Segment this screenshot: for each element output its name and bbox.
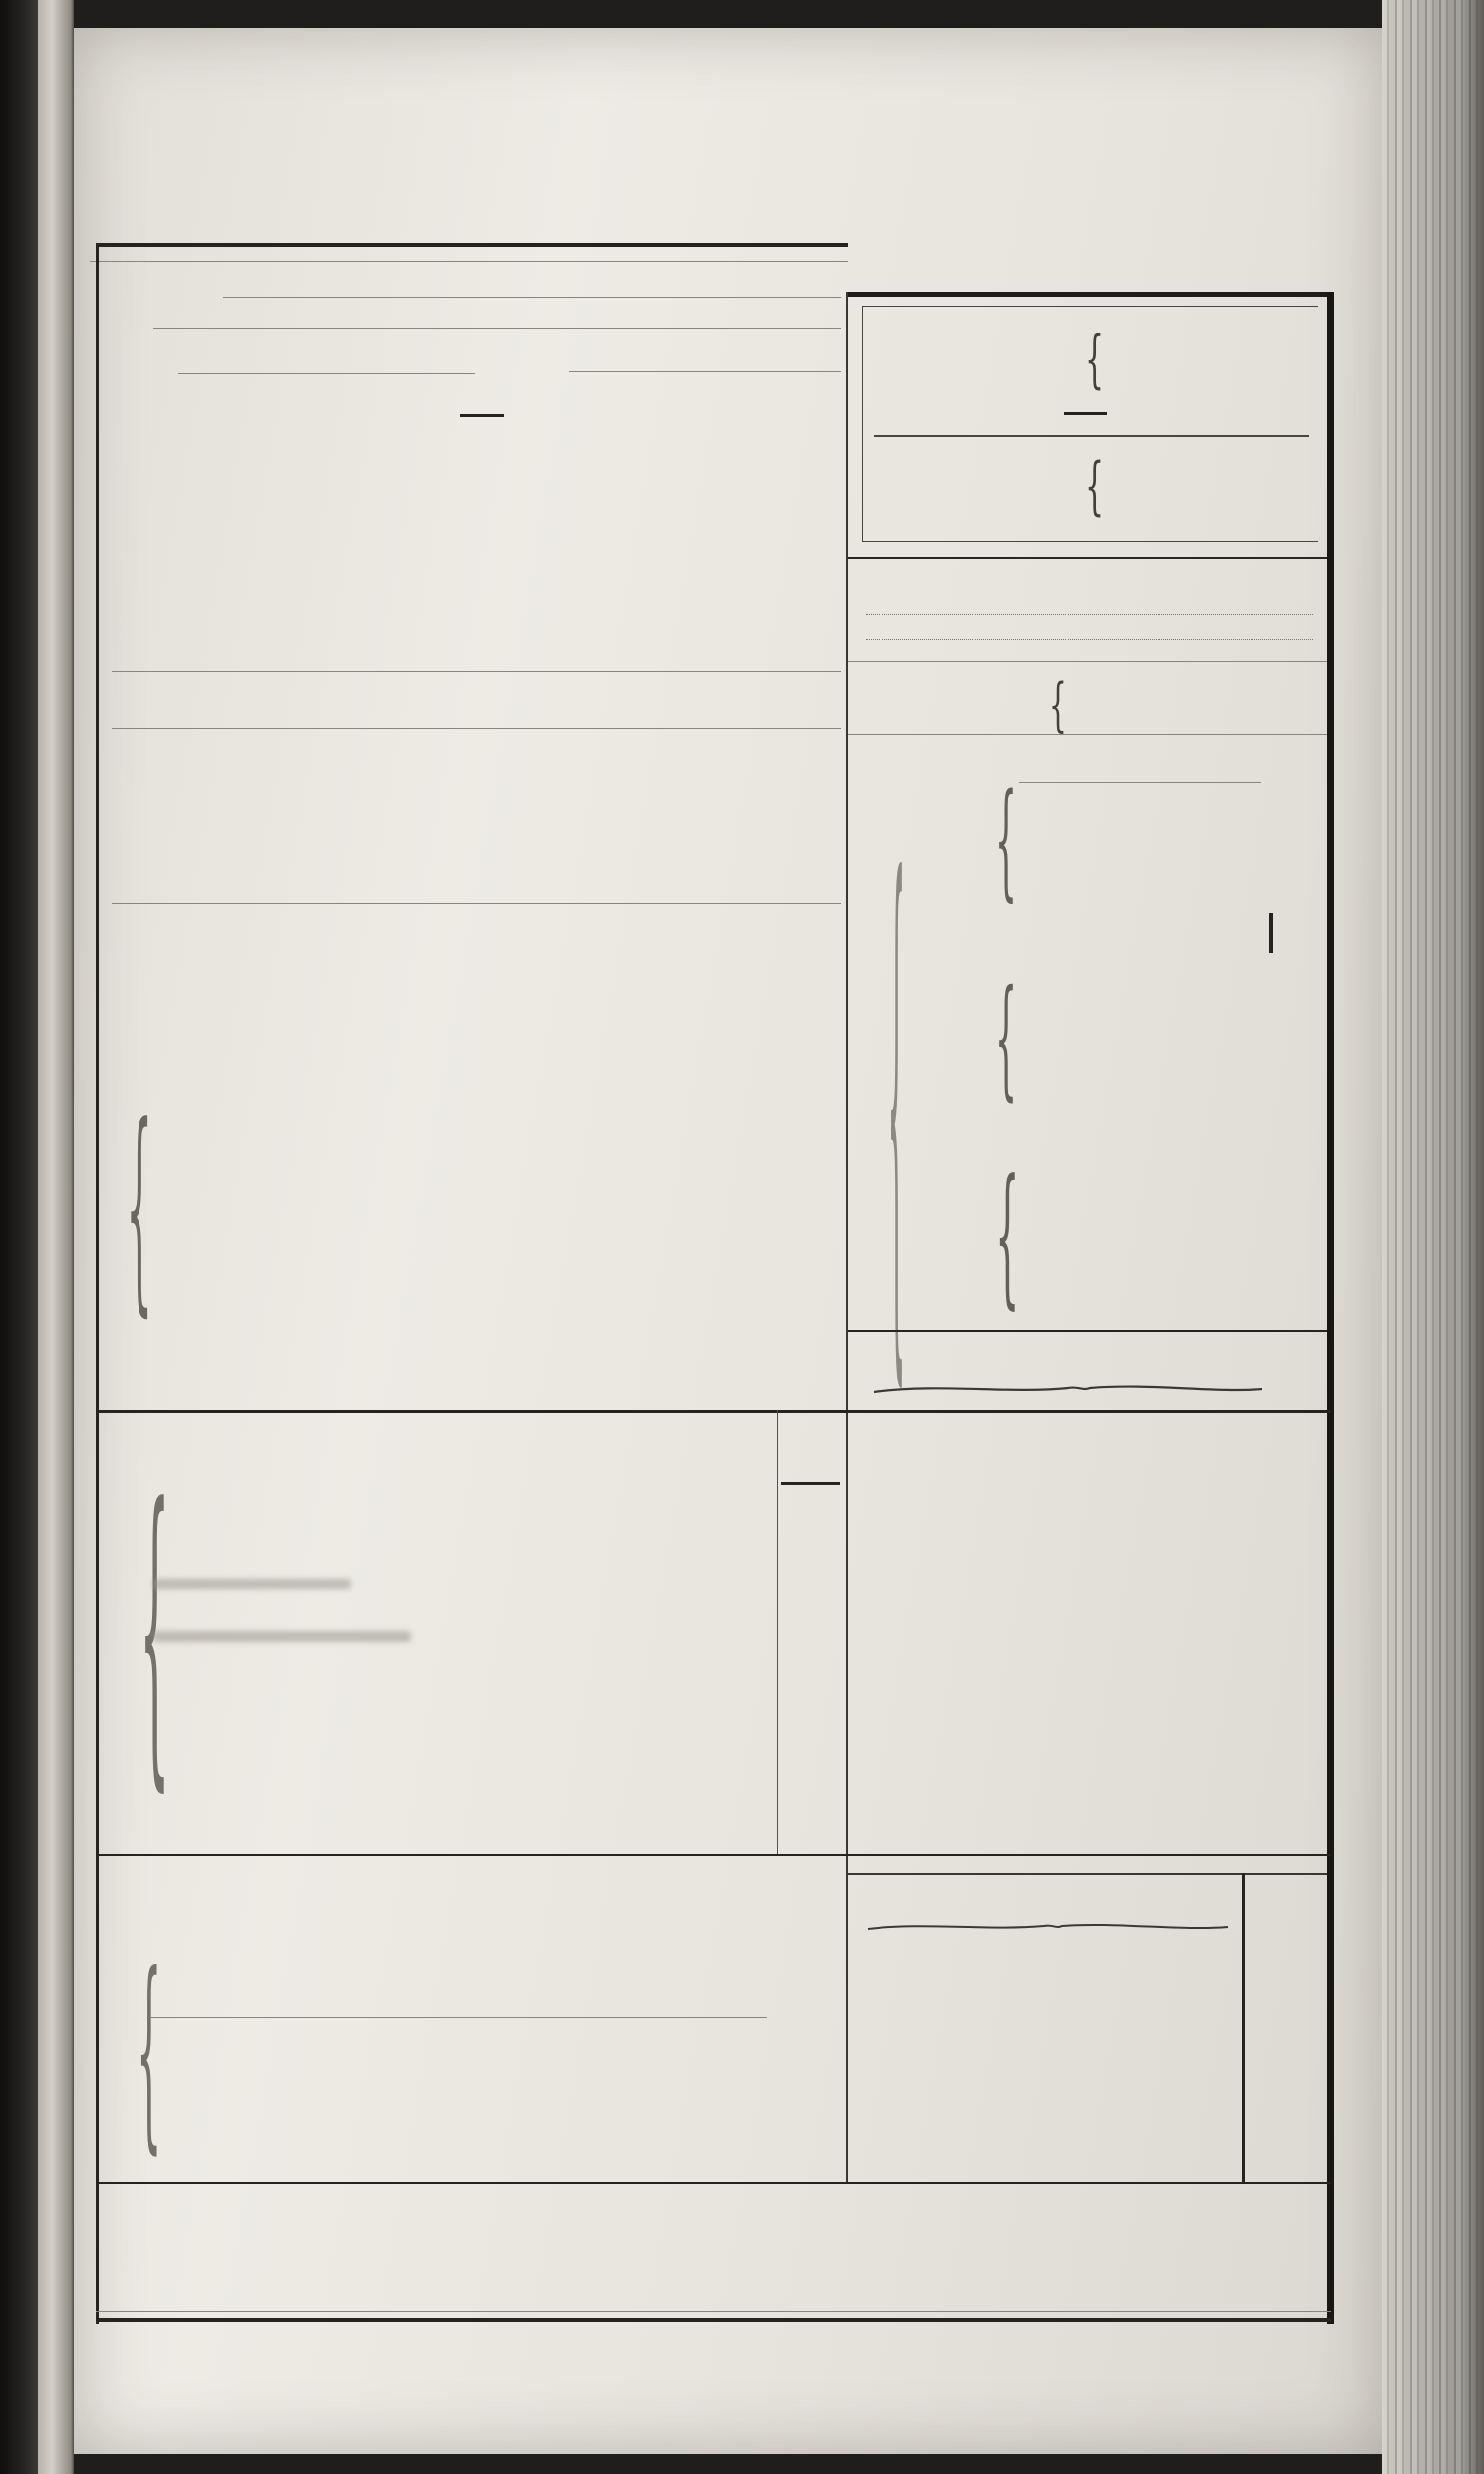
instruction-militaire-line [1073, 703, 1316, 728]
instruction-generale-line [1073, 671, 1316, 697]
matricule-brace: { [1085, 325, 1104, 398]
page-left-border [96, 243, 99, 2324]
reforme-stamp-line-2 [151, 1595, 767, 1643]
decision-handwritten-2 [129, 817, 836, 849]
page-stack-edge [1382, 0, 1484, 2474]
corps-g2-brace: { [995, 964, 1017, 1115]
margin-brace-territoriale: { [137, 1928, 162, 2173]
column-divider [846, 292, 848, 2184]
instruction-brace: { [1049, 671, 1067, 739]
reforme-line-2 [151, 1484, 767, 1518]
compris-line [114, 861, 707, 899]
reforme-stamp-line-1 [151, 1550, 767, 1587]
reforme-line-last [151, 1647, 767, 1686]
epoque-date-divider [1242, 1873, 1245, 2182]
surname-script [129, 51, 840, 82]
classe-brace: { [1085, 451, 1104, 524]
previous-page-sliver [38, 0, 74, 2474]
corps-g3-brace: { [995, 1148, 1019, 1325]
passe-armee-active-line [129, 1358, 831, 1387]
header-rule-thick [96, 243, 848, 247]
page-right-border [1327, 292, 1334, 2324]
corps-g1-brace: { [995, 768, 1017, 914]
reforme-line-1 [151, 1441, 767, 1484]
register-page: { { { { [74, 28, 1382, 2454]
epoque-swash [866, 1920, 1232, 1934]
margin-brace-armee-active: { [126, 1077, 153, 1337]
localites-swash [871, 1381, 1266, 1397]
reforme-line-3 [151, 1518, 767, 1550]
certificat-line [129, 1318, 831, 1358]
book-gutter-edge [0, 0, 38, 2474]
tirage-line [129, 673, 836, 713]
decision-handwritten-1 [129, 780, 836, 817]
